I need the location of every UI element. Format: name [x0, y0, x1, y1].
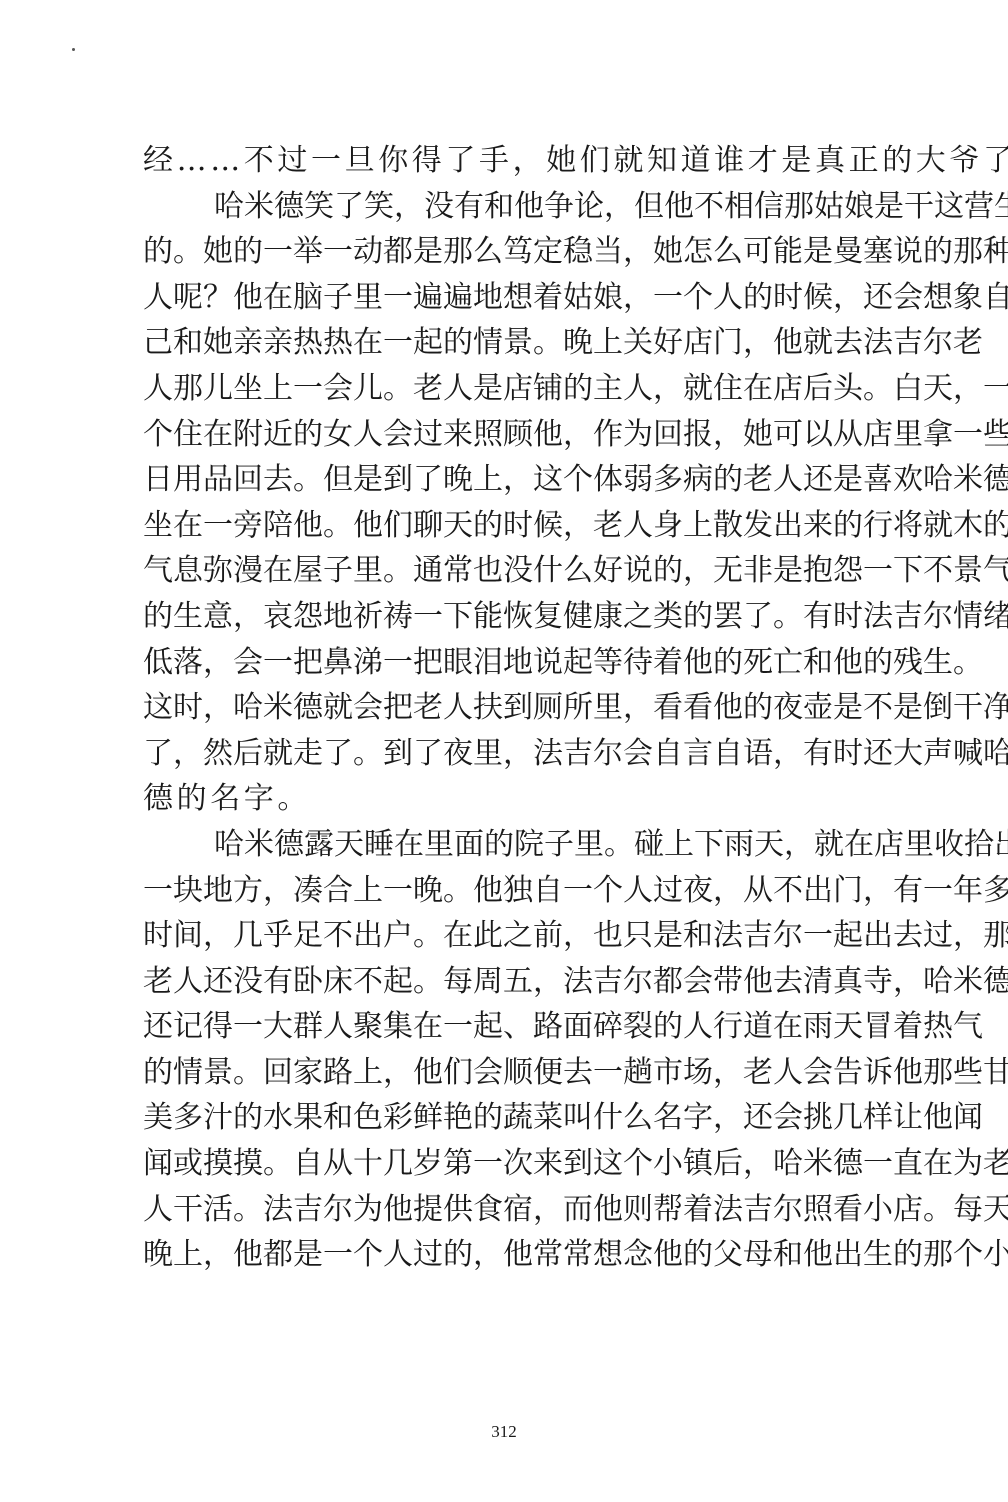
scan-speck — [72, 48, 75, 51]
text-line: 的。她的一举一动都是那么笃定稳当，她怎么可能是曼塞说的那种 — [143, 229, 857, 275]
text-line: 这时，哈米德就会把老人扶到厕所里，看看他的夜壶是不是倒干净 — [143, 685, 857, 731]
text-line: 了，然后就走了。到了夜里，法吉尔会自言自语，有时还大声喊哈米 — [143, 731, 857, 777]
text-line: 哈米德露天睡在里面的院子里。碰上下雨天，就在店里收拾出 — [143, 822, 857, 868]
page-body: 经……不过一旦你得了手，她们就知道谁才是真正的大爷了。” 哈米德笑了笑，没有和他… — [143, 138, 857, 1278]
text-line: 还记得一大群人聚集在一起、路面碎裂的人行道在雨天冒着热气 — [143, 1004, 857, 1050]
text-line: 一块地方，凑合上一晚。他独自一个人过夜，从不出门，有一年多的 — [143, 868, 857, 914]
text-line: 气息弥漫在屋子里。通常也没什么好说的，无非是抱怨一下不景气 — [143, 548, 857, 594]
text-line: 的情景。回家路上，他们会顺便去一趟市场，老人会告诉他那些甘 — [143, 1050, 857, 1096]
text-line: 坐在一旁陪他。他们聊天的时候，老人身上散发出来的行将就木的 — [143, 503, 857, 549]
page-number: 312 — [0, 1422, 1008, 1442]
text-line: 人干活。法吉尔为他提供食宿，而他则帮着法吉尔照看小店。每天 — [143, 1187, 857, 1233]
text-line: 晚上，他都是一个人过的，他常常想念他的父母和他出生的那个小 — [143, 1232, 857, 1278]
text-line: 人那儿坐上一会儿。老人是店铺的主人，就住在店后头。白天，一 — [143, 366, 857, 412]
text-line: 人呢？他在脑子里一遍遍地想着姑娘，一个人的时候，还会想象自 — [143, 275, 857, 321]
text-line: 日用品回去。但是到了晚上，这个体弱多病的老人还是喜欢哈米德 — [143, 457, 857, 503]
text-line: 时间，几乎足不出户。在此之前，也只是和法吉尔一起出去过，那时 — [143, 913, 857, 959]
text-line: 低落，会一把鼻涕一把眼泪地说起等待着他的死亡和他的残生。 — [143, 640, 857, 686]
text-line: 美多汁的水果和色彩鲜艳的蔬菜叫什么名字，还会挑几样让他闻 — [143, 1095, 857, 1141]
text-line: 哈米德笑了笑，没有和他争论，但他不相信那姑娘是干这营生 — [143, 184, 857, 230]
text-line: 经……不过一旦你得了手，她们就知道谁才是真正的大爷了。” — [143, 138, 857, 184]
text-line: 老人还没有卧床不起。每周五，法吉尔都会带他去清真寺，哈米德 — [143, 959, 857, 1005]
text-line: 的生意，哀怨地祈祷一下能恢复健康之类的罢了。有时法吉尔情绪 — [143, 594, 857, 640]
text-line: 己和她亲亲热热在一起的情景。晚上关好店门，他就去法吉尔老 — [143, 320, 857, 366]
text-line: 闻或摸摸。自从十几岁第一次来到这个小镇后，哈米德一直在为老 — [143, 1141, 857, 1187]
text-line: 个住在附近的女人会过来照顾他，作为回报，她可以从店里拿一些 — [143, 412, 857, 458]
text-line: 德的名字。 — [143, 776, 857, 822]
